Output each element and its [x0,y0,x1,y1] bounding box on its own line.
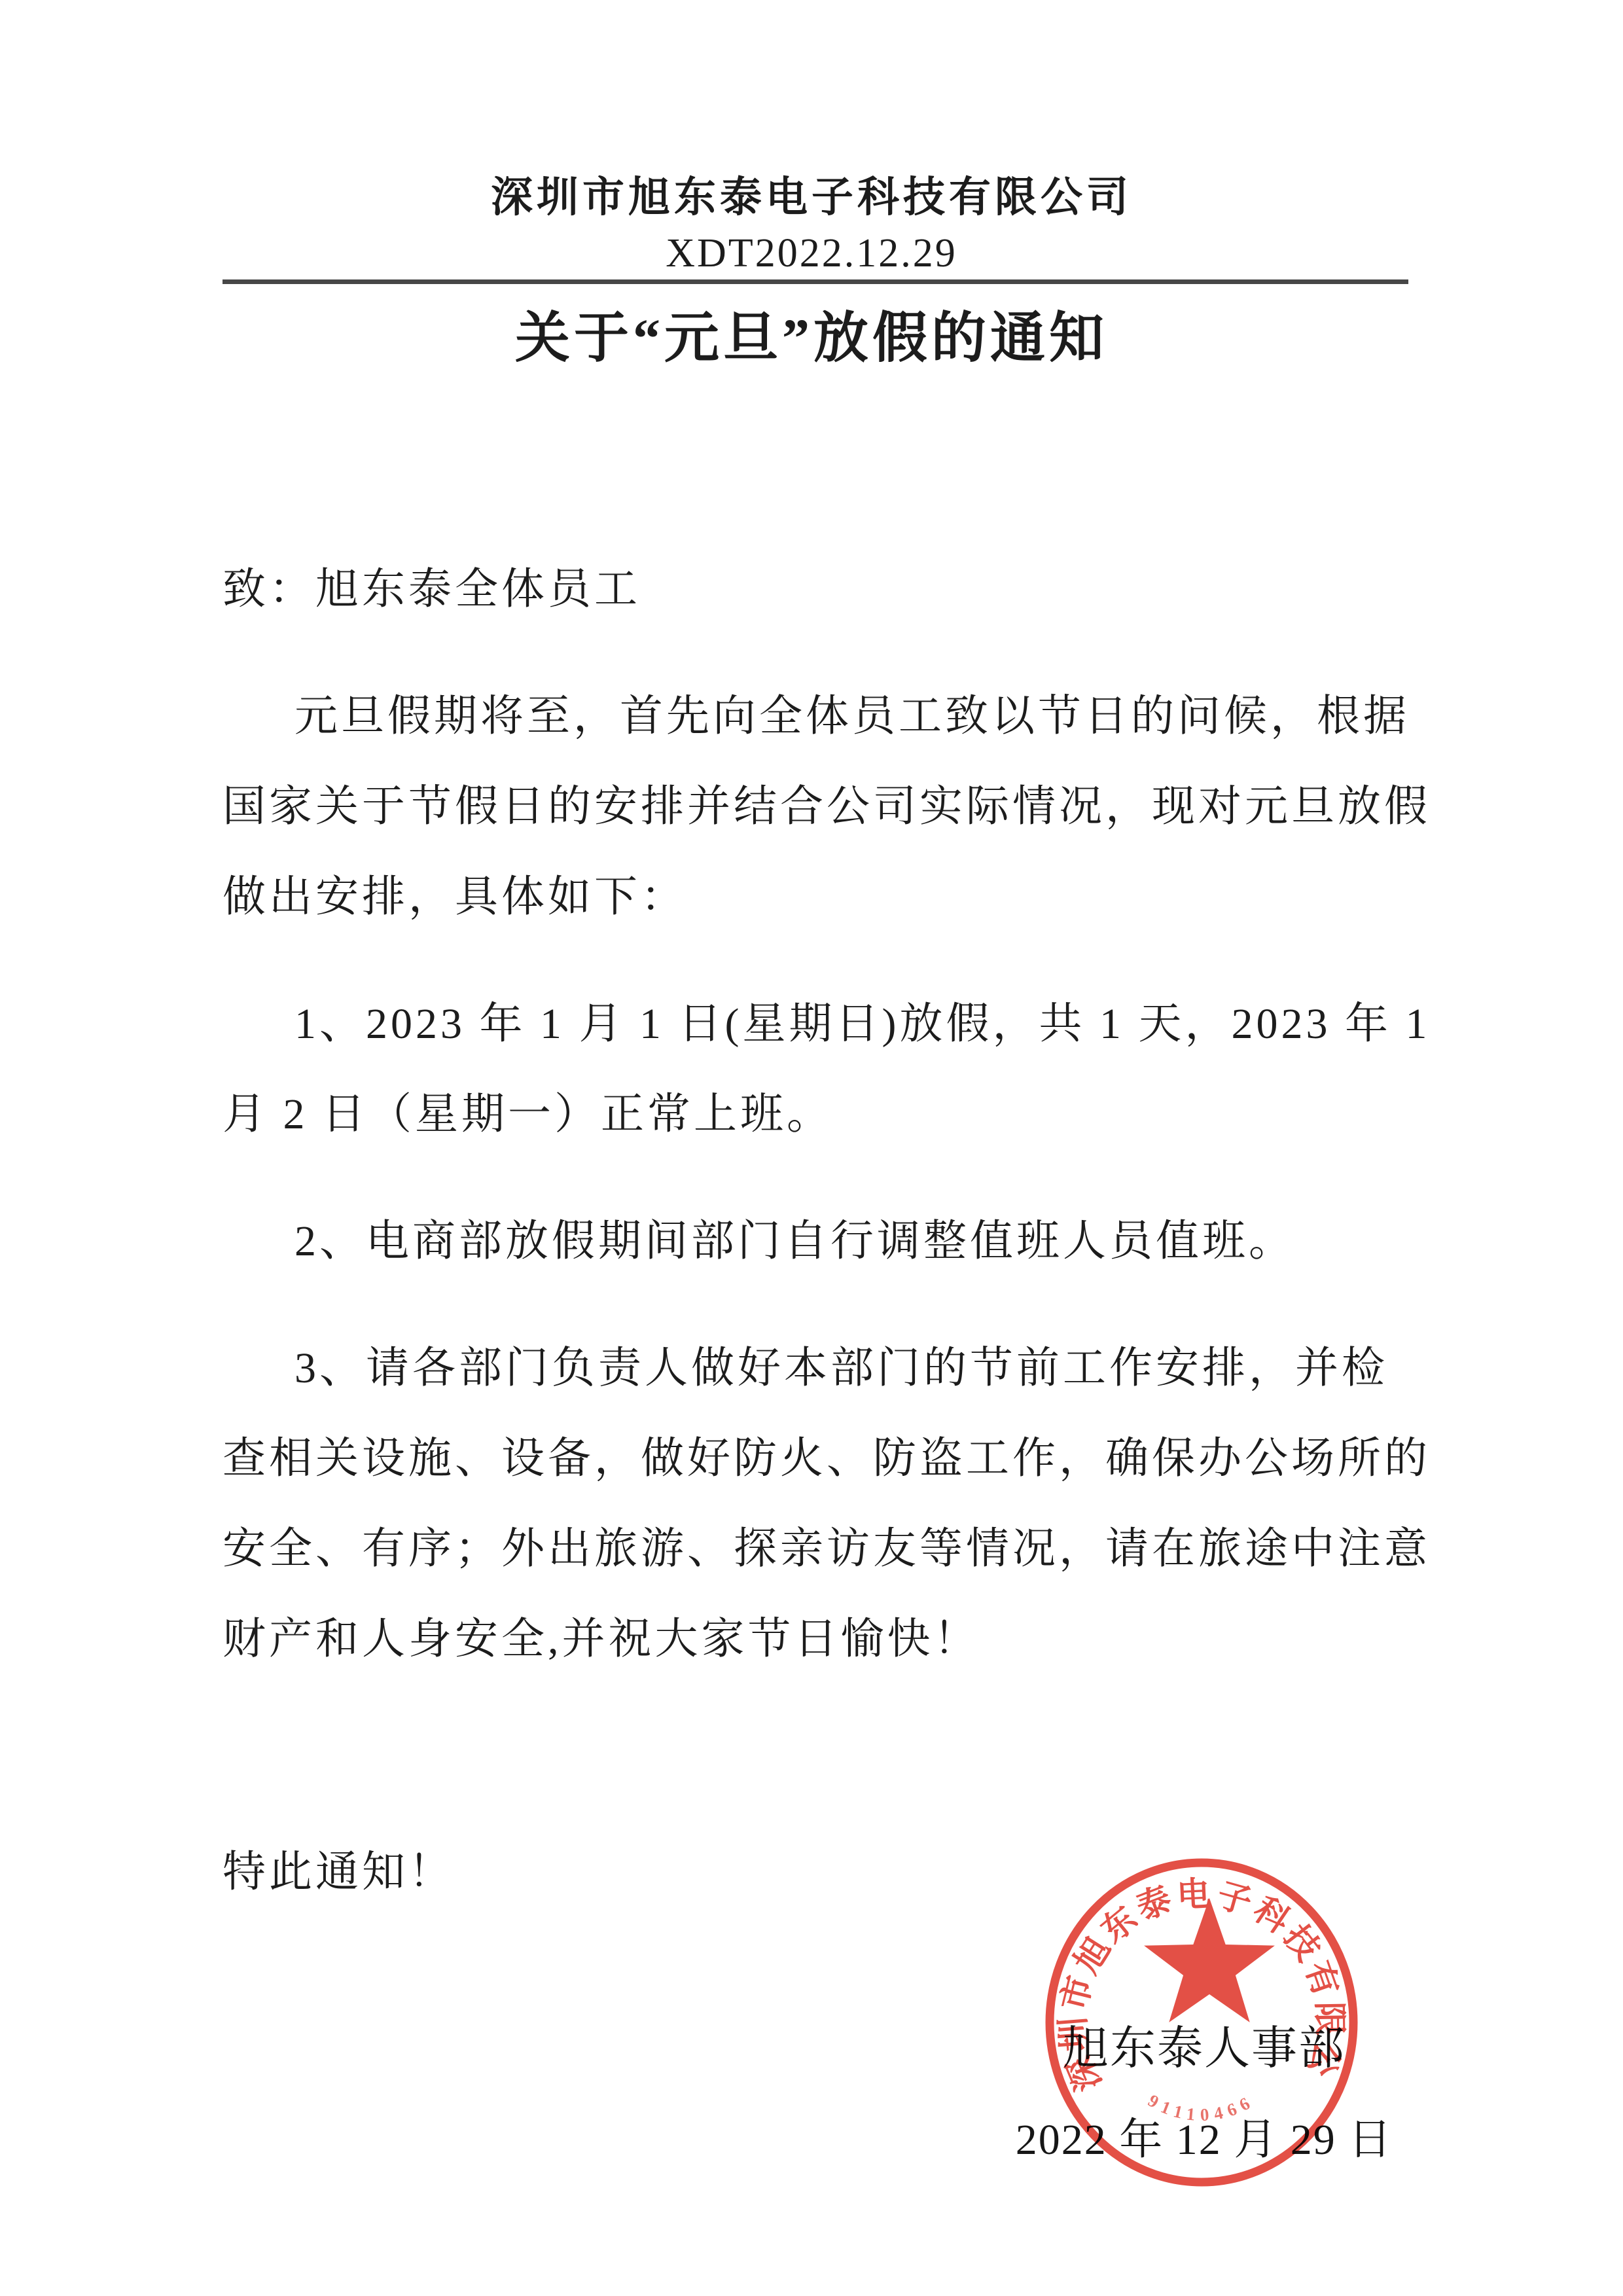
header-divider [223,279,1408,284]
body-line: 做出安排，具体如下： [223,852,1420,942]
seal-serial-textpath: 91110466 [1145,2090,1258,2125]
body-line: 查相关设施、设备，做好防火、防盗工作，确保办公场所的 [223,1414,1420,1504]
body-line: 元旦假期将至，首先向全体员工致以节日的问候，根据 [223,672,1420,762]
notice-body: 致：旭东泰全体员工 元旦假期将至，首先向全体员工致以节日的问候，根据 国家关于节… [223,545,1420,1918]
body-line: 月 2 日（星期一）正常上班。 [223,1069,1420,1160]
body-line: 国家关于节假日的安排并结合公司实际情况，现对元旦放假 [223,762,1420,852]
body-line: 安全、有序；外出旅游、探亲访友等情况，请在旅途中注意 [223,1504,1420,1594]
salutation-paragraph: 致：旭东泰全体员工 [223,545,1420,635]
body-line: 1、2023 年 1 月 1 日(星期日)放假，共 1 天，2023 年 1 [223,979,1420,1069]
company-seal: 深圳市旭东泰电子科技有限公司 91110466 [1031,1839,1372,2206]
body-line: 2、电商部放假期间部门自行调整值班人员值班。 [223,1196,1420,1287]
item-1-paragraph: 1、2023 年 1 月 1 日(星期日)放假，共 1 天，2023 年 1 月… [223,979,1420,1160]
item-3-paragraph: 3、请各部门负责人做好本部门的节前工作安排，并检 查相关设施、设备，做好防火、防… [223,1323,1420,1685]
seal-serial-number: 91110466 [1145,2090,1258,2125]
salutation: 致：旭东泰全体员工 [223,545,1420,635]
item-2-paragraph: 2、电商部放假期间部门自行调整值班人员值班。 [223,1196,1420,1287]
company-name: 深圳市旭东泰电子科技有限公司 [0,171,1623,224]
doc-number: XDT2022.12.29 [0,229,1623,278]
intro-paragraph: 元旦假期将至，首先向全体员工致以节日的问候，根据 国家关于节假日的安排并结合公司… [223,672,1420,942]
document-page: 深圳市旭东泰电子科技有限公司 XDT2022.12.29 关于“元旦”放假的通知… [0,0,1623,2296]
body-line: 财产和人身安全,并祝大家节日愉快！ [223,1594,1420,1685]
notice-title: 关于“元旦”放假的通知 [0,306,1623,372]
body-line: 3、请各部门负责人做好本部门的节前工作安排，并检 [223,1323,1420,1414]
